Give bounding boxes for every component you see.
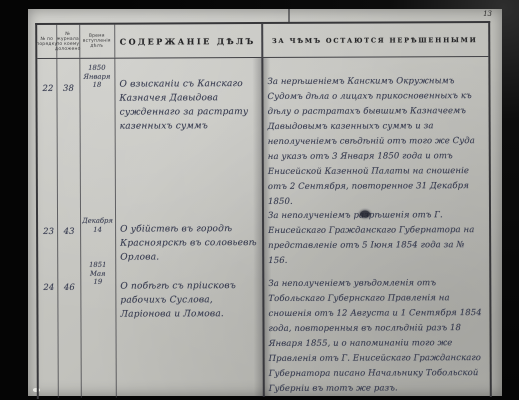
entry-date-month: Декабря (82, 217, 113, 226)
folio-number: 13 (483, 10, 492, 18)
entry-content: О побѣгѣ съ пріисковъ рабочихъ Суслова, … (120, 279, 258, 322)
header-date: Время вступленія дѣлъ (79, 25, 114, 58)
entry-number-journal: 46 (59, 283, 79, 293)
entry-date-day: 19 (82, 278, 113, 287)
column-divider (114, 59, 116, 398)
header-pending: ЗА ЧѢМЪ ОСТАЮТСЯ НЕРѢШЕННЫМИ (261, 23, 488, 57)
entry-date: 1851 Мая 19 (82, 261, 113, 287)
entry-date: 1850 Января 18 (81, 64, 112, 90)
entry-date-day: 14 (82, 225, 113, 234)
table-header: № по порядку № журнала по коему доложено… (37, 23, 488, 59)
entry-number-order: 22 (40, 84, 55, 94)
entry-date-year: 1851 (82, 261, 113, 270)
photo-background: 13 № по порядку № журнала по коему долож… (0, 0, 519, 400)
entry-date-month: Мая (82, 269, 113, 278)
header-no-order: № по порядку (37, 25, 56, 58)
entry-content: О убійствѣ въ городѣ Красноярскѣ въ соло… (120, 222, 258, 265)
header-content: СОДЕРЖАНІЕ ДѢЛЪ (114, 24, 261, 58)
entry-date-year: 1850 (81, 64, 112, 73)
entry-number-journal: 38 (58, 84, 78, 94)
table-body: 22 38 1850 Января 18 О взысканіи съ Канс… (37, 57, 489, 398)
entry-date-day: 18 (81, 81, 112, 90)
fold-mark (288, 9, 290, 22)
entry-reason: За неполученіемъ увѣдомленія отъ Тобольс… (268, 276, 485, 397)
entry-date: Декабря 14 (82, 217, 113, 234)
document-page: 13 № по порядку № журнала по коему долож… (28, 9, 502, 396)
entry-number-journal: 43 (59, 227, 79, 237)
entry-reason: За нерѣшеніемъ Канскимъ Окружнымъ Судомъ… (267, 74, 484, 210)
entry-number-order: 23 (41, 227, 56, 237)
entry-content: О взысканіи съ Канскаго Казначея Давыдов… (119, 77, 257, 134)
entry-number-order: 24 (41, 283, 56, 293)
entry-date-month: Января (81, 72, 112, 81)
entry-reason: За неполученіемъ разрѣшенія отъ Г. Енисе… (268, 208, 484, 269)
ledger-table: № по порядку № журнала по коему доложено… (35, 21, 492, 399)
header-no-journal: № журнала по коему доложено (56, 25, 79, 58)
ink-blot (360, 211, 370, 218)
